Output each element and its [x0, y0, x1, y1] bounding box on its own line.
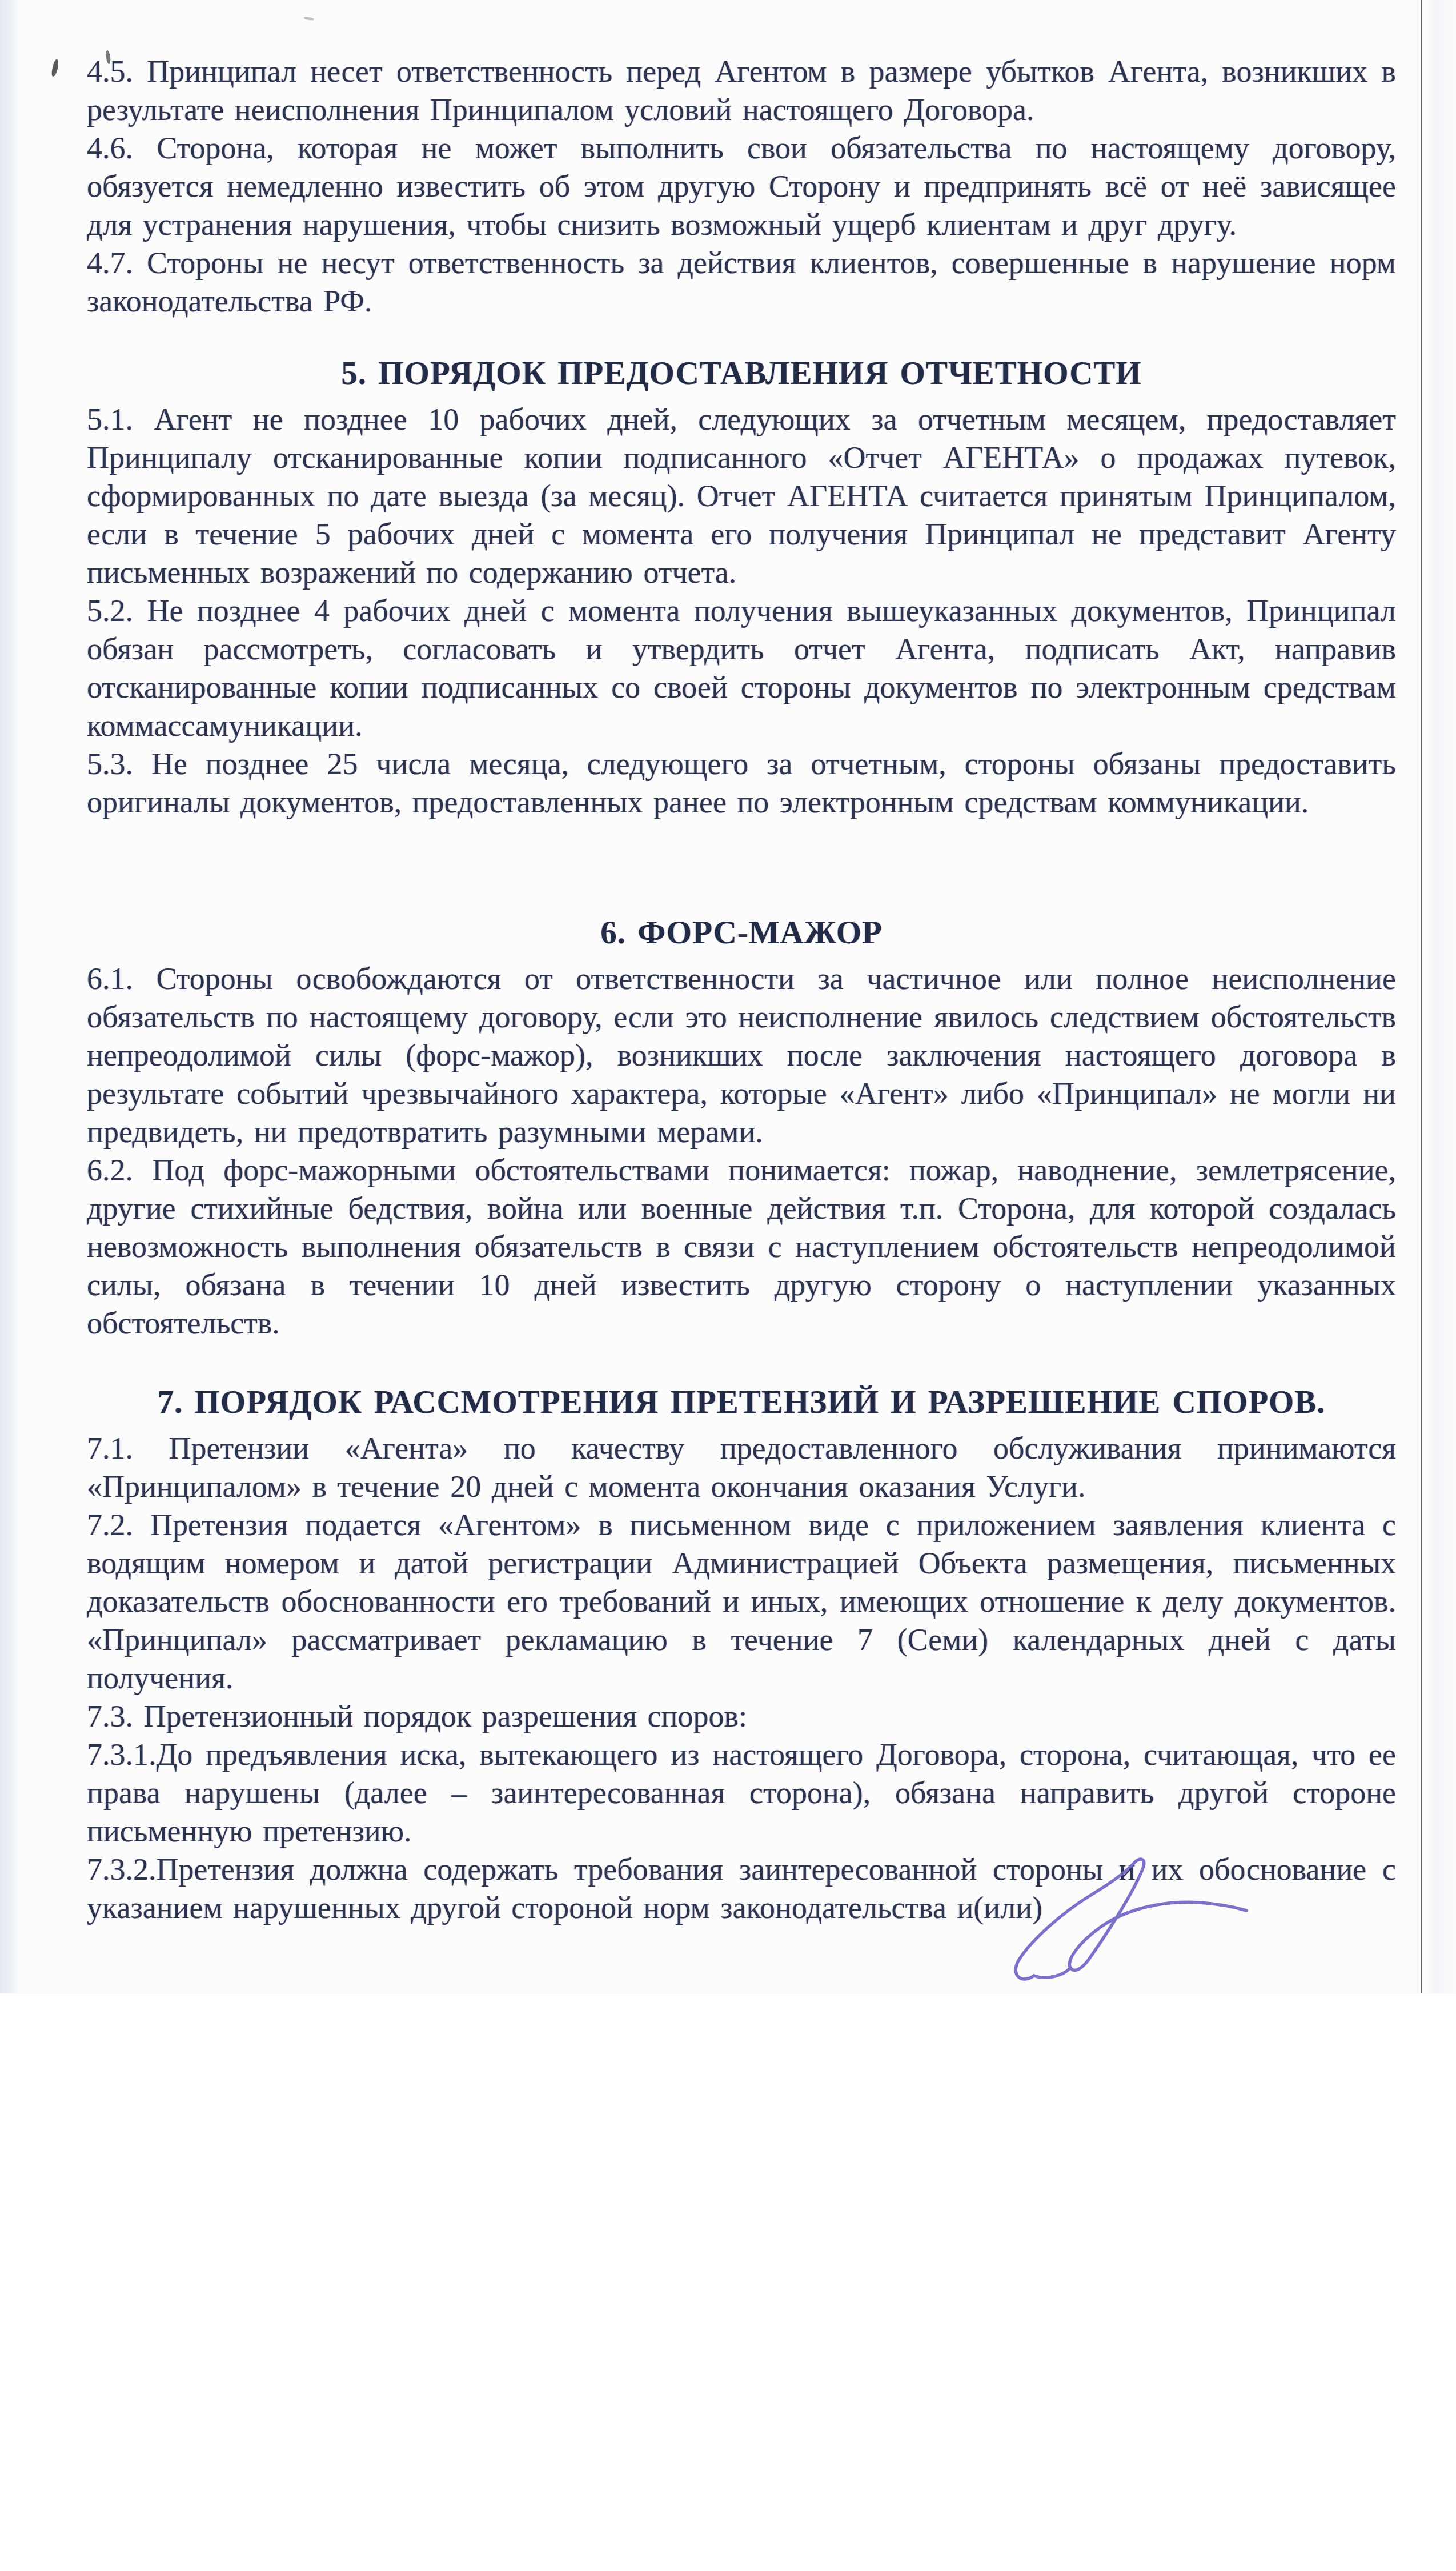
clause-4-6: 4.6. Сторона, которая не может выполнить… [87, 129, 1396, 244]
clause-6-2: 6.2. Под форс-мажорными обстоятельствами… [87, 1151, 1396, 1343]
scan-artifact-mark [304, 17, 315, 21]
section-7-heading: 7. ПОРЯДОК РАССМОТРЕНИЯ ПРЕТЕНЗИЙ И РАЗР… [87, 1383, 1396, 1423]
ink-speck [51, 59, 60, 77]
section-5-heading: 5. ПОРЯДОК ПРЕДОСТАВЛЕНИЯ ОТЧЕТНОСТИ [87, 354, 1396, 394]
scan-sheet: 4.5. Принципал несет ответственность пер… [0, 0, 1456, 1993]
scanner-right-margin [1422, 0, 1456, 1993]
scanned-document-page: 4.5. Принципал несет ответственность пер… [0, 0, 1456, 2571]
clause-4-5: 4.5. Принципал несет ответственность пер… [87, 53, 1396, 129]
clause-7-3-2: 7.3.2.Претензия должна содержать требова… [87, 1851, 1396, 1927]
clause-7-2: 7.2. Претензия подается «Агентом» в пись… [87, 1506, 1396, 1697]
contract-text-block: 4.5. Принципал несет ответственность пер… [87, 53, 1396, 1927]
clause-6-1: 6.1. Стороны освобождаются от ответствен… [87, 960, 1396, 1151]
clause-5-1: 5.1. Агент не позднее 10 рабочих дней, с… [87, 401, 1396, 592]
clause-7-1: 7.1. Претензии «Агента» по качеству пред… [87, 1429, 1396, 1506]
clause-5-3: 5.3. Не позднее 25 числа месяца, следующ… [87, 745, 1396, 822]
clause-4-7: 4.7. Стороны не несут ответственность за… [87, 244, 1396, 321]
clause-7-3-1: 7.3.1.До предъявления иска, вытекающего … [87, 1736, 1396, 1851]
scanner-left-edge-shadow [0, 0, 19, 1993]
clause-7-3: 7.3. Претензионный порядок разрешения сп… [87, 1697, 1396, 1736]
section-6-heading: 6. ФОРС-МАЖОР [87, 913, 1396, 953]
clause-5-2: 5.2. Не позднее 4 рабочих дней с момента… [87, 592, 1396, 745]
